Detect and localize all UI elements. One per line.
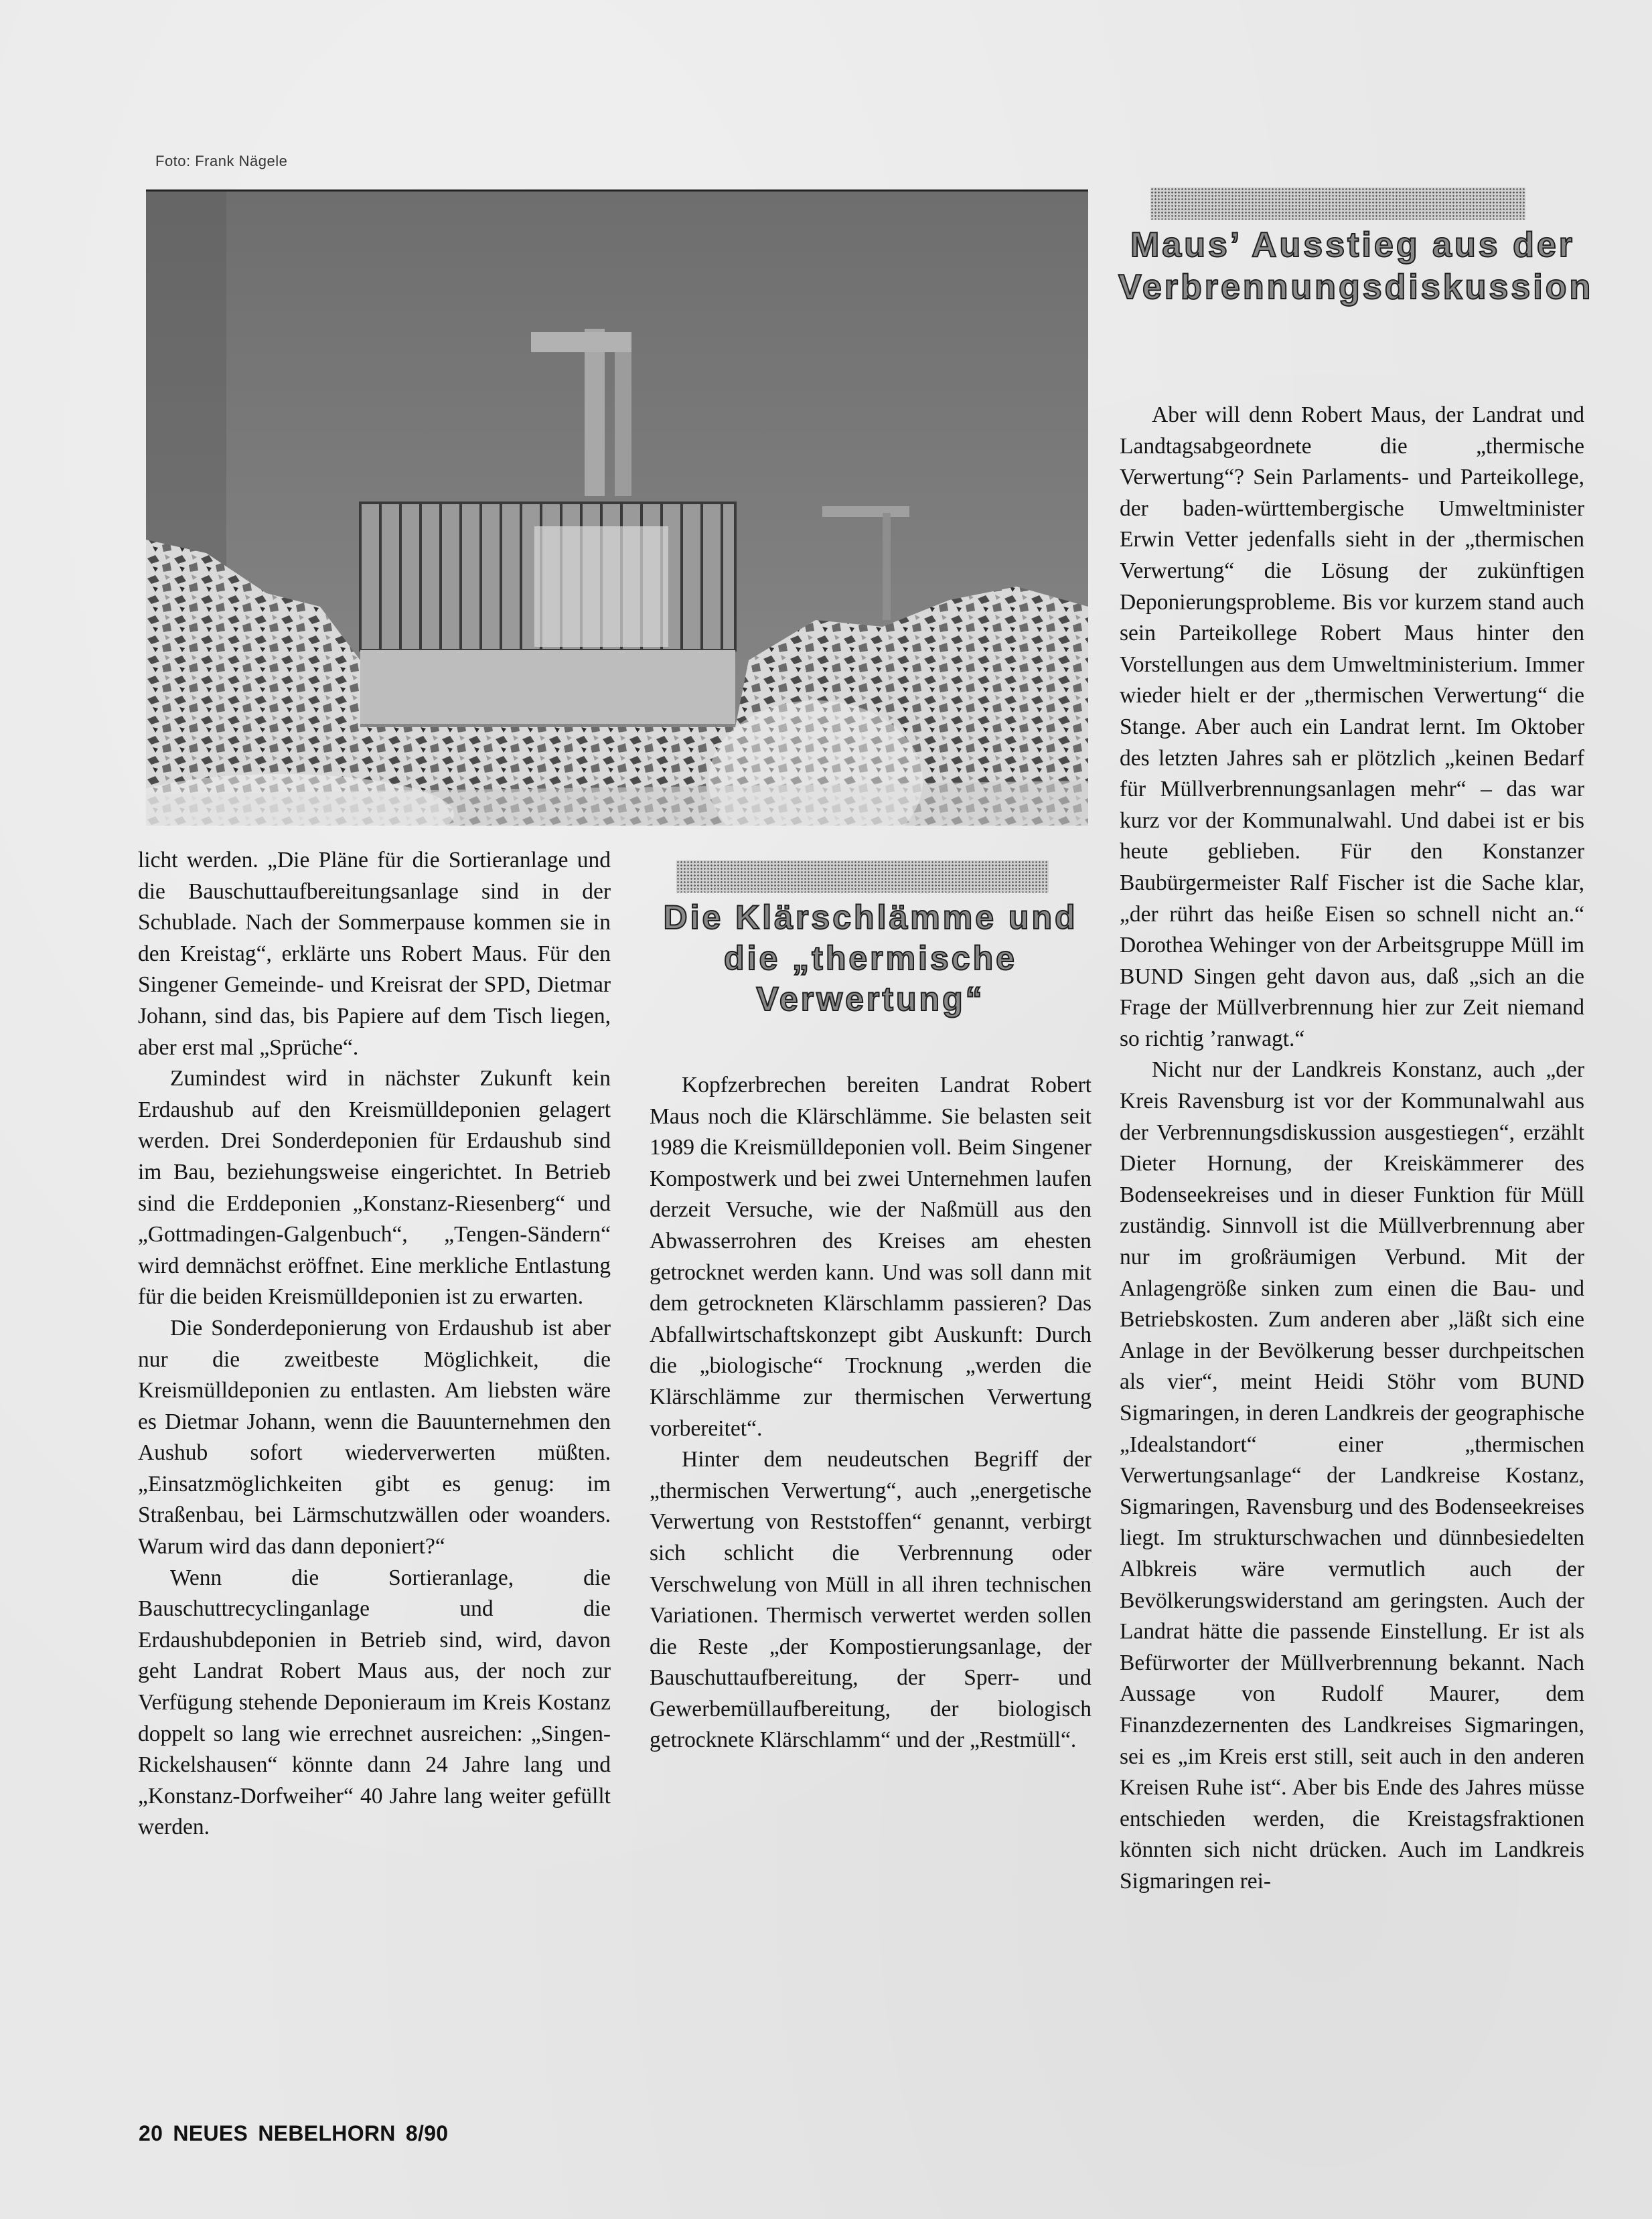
- landfill-photo: [146, 189, 1088, 826]
- bulldozer-landfill-image: [146, 192, 1088, 826]
- section-heading: Die Klärschlämme und die „thermische Ver…: [643, 897, 1098, 1020]
- heading-halftone-bar: [676, 860, 1049, 893]
- page-footer: 20 NEUES NEBELHORN 8/90: [139, 2121, 448, 2146]
- publication-name: NEUES NEBELHORN: [173, 2121, 395, 2145]
- paragraph: Nicht nur der Landkreis Konstanz, auch „…: [1120, 1055, 1584, 1897]
- paragraph: Aber will denn Robert Maus, der Landrat …: [1120, 400, 1584, 1055]
- middle-column: Kopfzerbrechen bereiten Landrat Robert M…: [650, 1070, 1092, 1756]
- heading-halftone-bar: [1150, 187, 1525, 220]
- paragraph: licht werden. „Die Pläne für die Sortier…: [138, 845, 611, 1063]
- paragraph: Zumindest wird in nächster Zukunft kein …: [138, 1063, 611, 1313]
- paragraph: Kopfzerbrechen bereiten Landrat Robert M…: [650, 1070, 1092, 1444]
- left-column: licht werden. „Die Pläne für die Sortier…: [138, 845, 611, 1843]
- paragraph: Die Sonderdeponierung von Erdaushub ist …: [138, 1313, 611, 1563]
- page-number: 20: [139, 2121, 163, 2145]
- issue-number: 8/90: [406, 2121, 448, 2145]
- magazine-page: Foto: Frank Nägele: [0, 0, 1652, 2219]
- section-heading: Maus’ Ausstieg aus der Verbrennungsdisku…: [1118, 224, 1587, 309]
- paragraph: Hinter dem neudeutschen Begriff der „the…: [650, 1444, 1092, 1756]
- photo-credit: Foto: Frank Nägele: [155, 153, 287, 170]
- paragraph: Wenn die Sortieranlage, die Bauschuttrec…: [138, 1563, 611, 1843]
- right-column: Aber will denn Robert Maus, der Landrat …: [1120, 400, 1584, 1898]
